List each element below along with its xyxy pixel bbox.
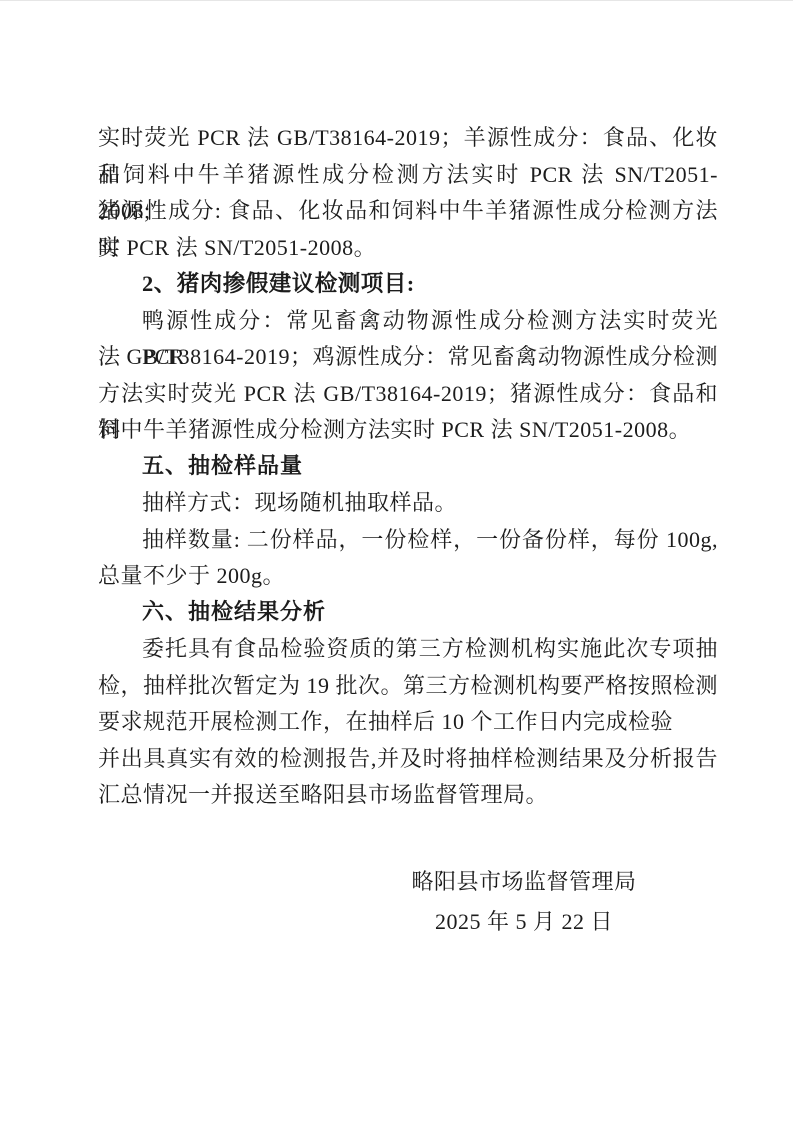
- paragraph1-line: 和饲料中牛羊猪源性成分检测方法实时 PCR 法 SN/T2051-2008;: [98, 157, 718, 194]
- signature-block: 略阳县市场监督管理局 2025 年 5 月 22 日: [214, 862, 793, 942]
- paragraph6-line: 并出具真实有效的检测报告,并及时将抽样检测结果及分析报告: [98, 741, 718, 778]
- document-page: 实时荧光 PCR 法 GB/T38164-2019；羊源性成分：食品、化妆品 和…: [0, 0, 793, 1122]
- sampling-method-line: 抽样方式：现场随机抽取样品。: [98, 485, 718, 522]
- section6-heading: 六、抽检结果分析: [98, 595, 718, 632]
- paragraph1-line: 猪源性成分: 食品、化妆品和饲料中牛羊猪源性成分检测方法 实: [98, 193, 718, 230]
- paragraph6-line: 委托具有食品检验资质的第三方检测机构实施此次专项抽: [98, 631, 718, 668]
- paragraph2-line: 方法实时荧光 PCR 法 GB/T38164-2019；猪源性成分：食品和饲: [98, 376, 718, 413]
- paragraph1-line: 实时荧光 PCR 法 GB/T38164-2019；羊源性成分：食品、化妆品: [98, 120, 718, 157]
- sampling-quantity-line: 总量不少于 200g。: [98, 558, 718, 595]
- paragraph6-line: 汇总情况一并报送至略阳县市场监督管理局。: [98, 777, 718, 814]
- paragraph6-line: 检，抽样批次暂定为 19 批次。第三方检测机构要严格按照检测: [98, 668, 718, 705]
- signature-date: 2025 年 5 月 22 日: [214, 902, 793, 942]
- page-top-edge: [0, 0, 793, 1]
- paragraph1-line: 时 PCR 法 SN/T2051-2008。: [98, 230, 718, 267]
- sampling-quantity-line: 抽样数量: 二份样品，一份检样，一份备份样，每份 100g,: [98, 522, 718, 559]
- paragraph2-line: 料中牛羊猪源性成分检测方法实时 PCR 法 SN/T2051-2008。: [98, 412, 718, 449]
- section5-heading: 五、抽检样品量: [98, 449, 718, 486]
- document-body: 实时荧光 PCR 法 GB/T38164-2019；羊源性成分：食品、化妆品 和…: [98, 120, 718, 814]
- agency-signature: 略阳县市场监督管理局: [214, 862, 793, 902]
- paragraph2-line: 鸭源性成分：常见畜禽动物源性成分检测方法实时荧光 PCR: [98, 303, 718, 340]
- section2-heading: 2、猪肉掺假建议检测项目:: [98, 266, 718, 303]
- paragraph2-line: 法 GB/T38164-2019；鸡源性成分：常见畜禽动物源性成分检测: [98, 339, 718, 376]
- paragraph6-line: 要求规范开展检测工作，在抽样后 10 个工作日内完成检验: [98, 704, 718, 741]
